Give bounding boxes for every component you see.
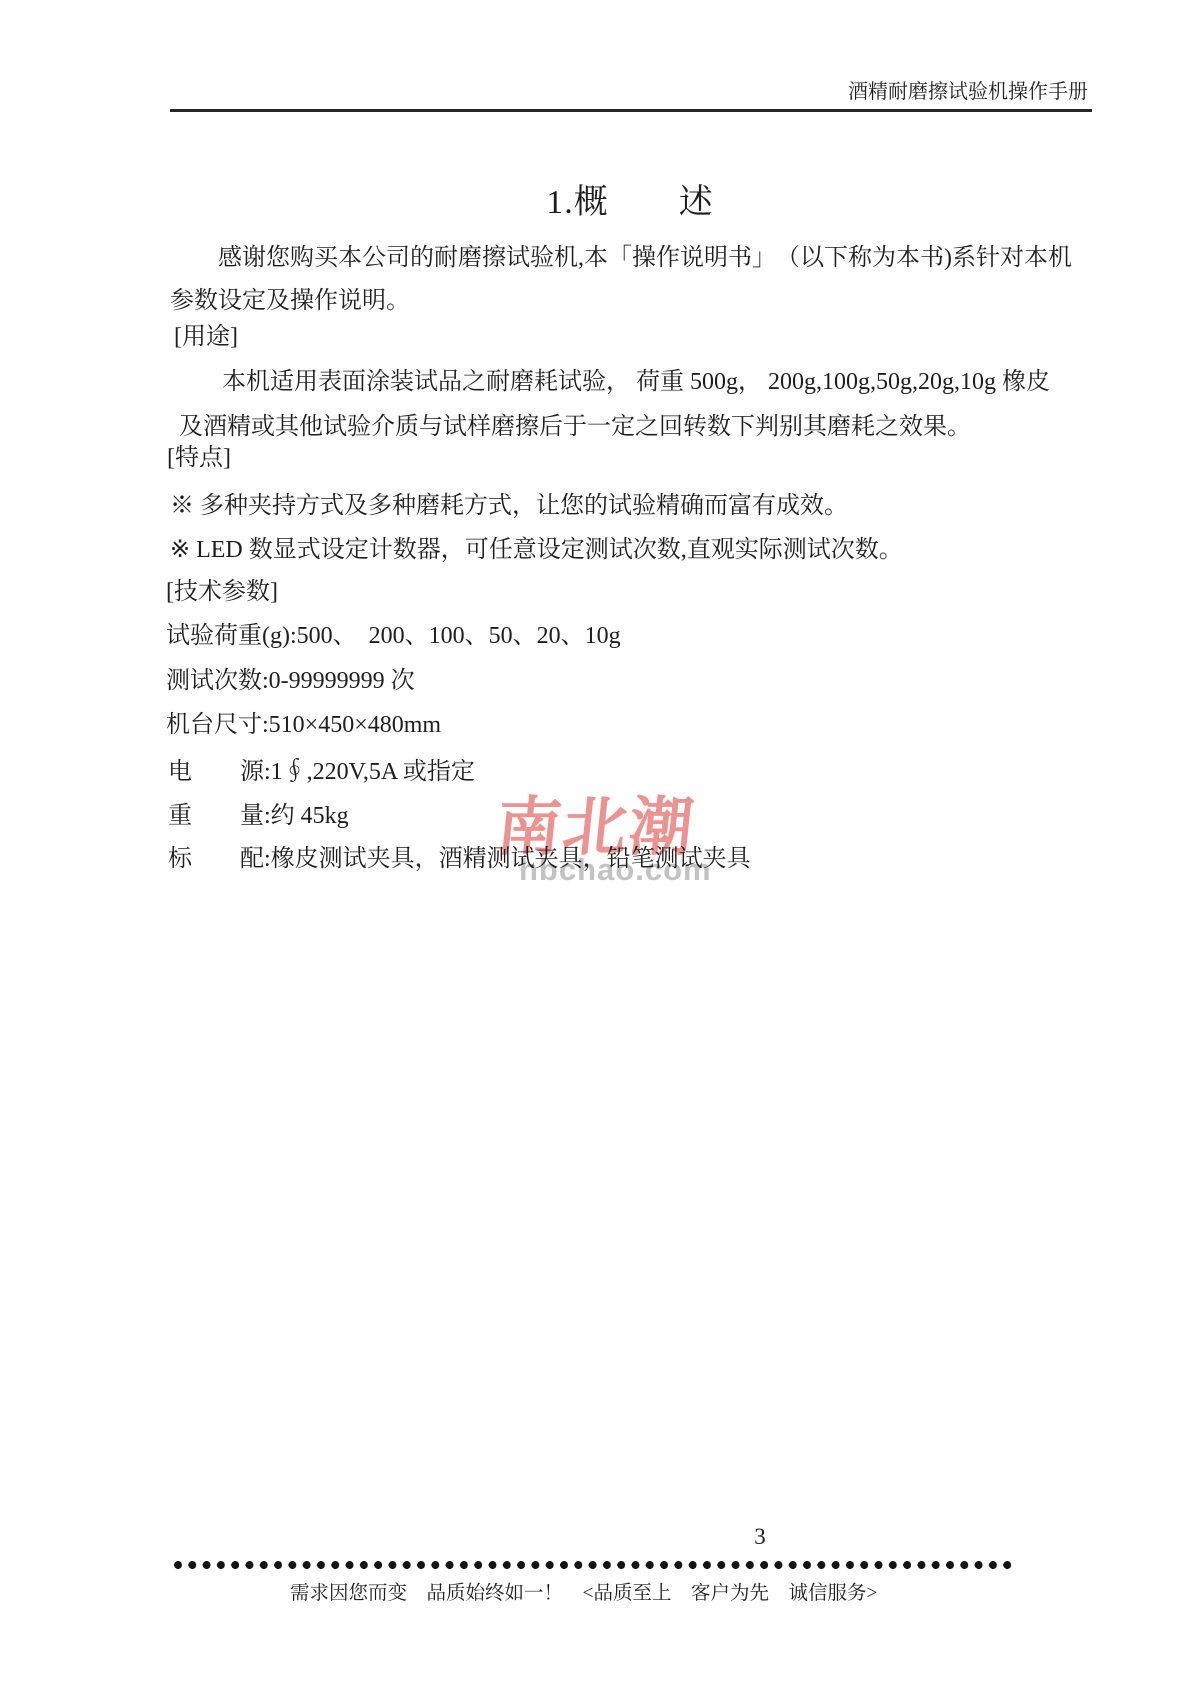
spec-standard-accessories: 标 配:橡皮测试夹具，酒精测试夹具，铅笔测试夹具 — [168, 837, 751, 881]
usage-line-1: 本机适用表面涂装试品之耐磨耗试验， 荷重 500g， 200g,100g,50g… — [222, 360, 1050, 404]
header-manual-title: 酒精耐磨擦试验机操作手册 — [170, 78, 1088, 106]
page-number: 3 — [700, 1522, 820, 1552]
chapter-title: 1.概 述 — [170, 182, 1090, 224]
spec-weight: 重 量:约 45kg — [168, 794, 349, 838]
manual-page: 酒精耐磨擦试验机操作手册 1.概 述 感谢您购买本公司的耐磨擦试验机,本「操作说… — [0, 0, 1200, 1697]
intro-line-1: 感谢您购买本公司的耐磨擦试验机,本「操作说明书」 （以下称为本书)系针对本机 — [218, 236, 1072, 280]
section-label-specs: [技术参数] — [166, 570, 278, 614]
section-label-features: [特点] — [167, 436, 231, 480]
spec-test-load: 试验荷重(g):500、 200、100、50、20、10g — [166, 614, 621, 658]
footer-dotted-line — [171, 1559, 1013, 1571]
footer-slogan: 需求因您而变 品质始终如一！ <品质至上 客户为先 诚信服务> — [290, 1580, 878, 1608]
feature-item-2: ※ LED 数显式设定计数器，可任意设定测试次数,直观实际测试次数。 — [170, 528, 903, 572]
spec-power: 电 源:1∮,220V,5A 或指定 — [168, 750, 475, 794]
spec-test-count: 测试次数:0-99999999 次 — [166, 659, 415, 703]
spec-machine-size: 机台尺寸:510×450×480mm — [166, 703, 441, 747]
section-label-usage: [用途] — [174, 315, 238, 359]
usage-line-2: 及酒精或其他试验介质与试样磨擦后于一定之回转数下判别其磨耗之效果。 — [179, 405, 971, 449]
feature-item-1: ※ 多种夹持方式及多种磨耗方式，让您的试验精确而富有成效。 — [170, 484, 848, 528]
header-divider-rule — [170, 109, 1092, 112]
